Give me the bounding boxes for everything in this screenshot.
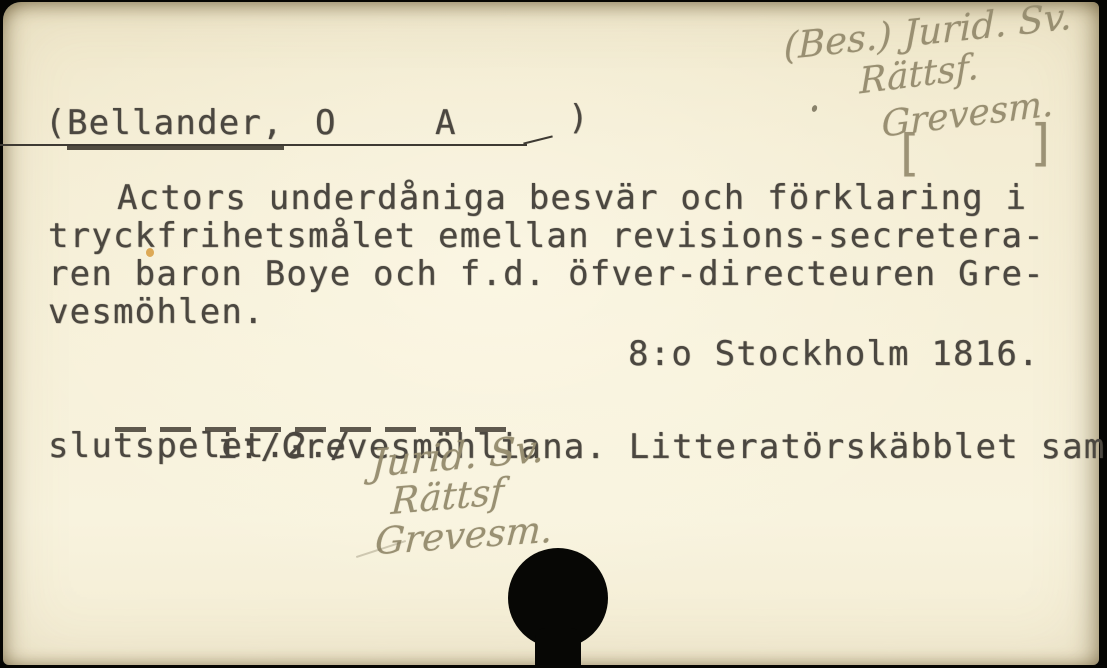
heading-open-paren: ( — [45, 103, 67, 143]
scanned-catalog-card-scene: ( Bellander, O A ) (Bes.) Jurid. Sv. Rät… — [0, 0, 1107, 668]
pencil-bracket-close: ] — [1027, 114, 1057, 172]
body-paragraph: Actors underdåniga besvär och förklaring… — [48, 179, 1045, 331]
heading-surname: Bellander, — [67, 103, 284, 150]
heading-close-paren: ) — [568, 98, 590, 138]
pencil-dot — [811, 104, 818, 112]
ink-speck — [146, 248, 154, 257]
reference-suffix: Litteratörskäbblet samt — [607, 427, 1107, 467]
heading-pen-rule — [0, 144, 527, 146]
body-line: vesmöhlen. — [48, 293, 1045, 331]
heading-second-initial: A — [435, 103, 457, 143]
punch-hole-slot — [535, 628, 581, 668]
heading-first-initial: O — [315, 103, 337, 143]
body-line: tryckfrihetsmålet emellan revisions-secr… — [48, 217, 1045, 255]
reference-line2: slutspelet.2./ — [48, 426, 351, 466]
pencil-bracket-open: [ — [893, 124, 923, 182]
body-line: Actors underdåniga besvär och förklaring… — [48, 179, 1045, 217]
heading-pen-rule-hook — [523, 135, 553, 144]
imprint-line: 8:o Stockholm 1816. — [628, 334, 1040, 374]
catalog-card: ( Bellander, O A ) (Bes.) Jurid. Sv. Rät… — [3, 2, 1099, 665]
body-line: ren baron Boye och f.d. öfver-directeure… — [48, 255, 1045, 293]
